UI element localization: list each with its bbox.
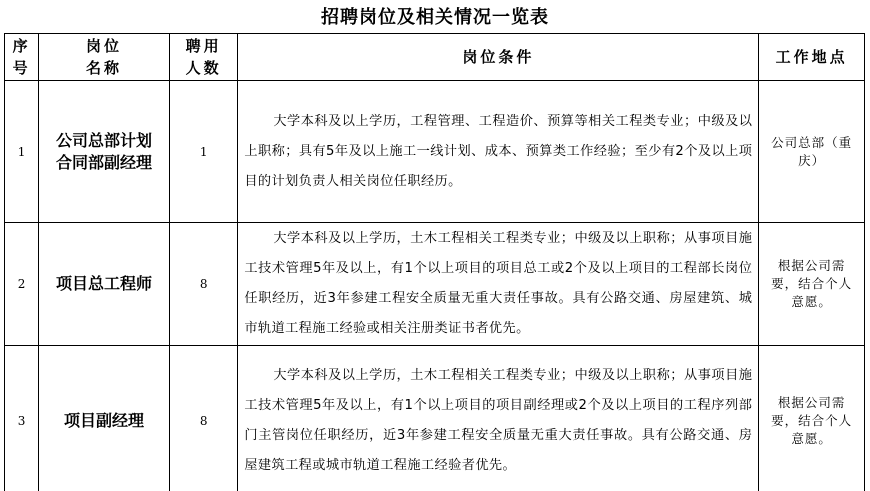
header-headcount: 聘用 人数 [169, 34, 237, 81]
header-position-line1: 岗位 [39, 35, 169, 57]
table-row: 3 项目副经理 8 大学本科及以上学历，土木工程相关工程类专业；中级及以上职称；… [5, 346, 865, 491]
position-name-line2: 合同部副经理 [49, 152, 159, 174]
table-header-row: 序 号 岗位 名称 聘用 人数 岗位条件 工作地点 [5, 34, 865, 81]
row-requirements: 大学本科及以上学历，工程管理、工程造价、预算等相关工程类专业；中级及以上职称；具… [238, 81, 759, 223]
row-position-name: 项目总工程师 [39, 223, 170, 346]
row-location: 公司总部（重庆） [759, 81, 865, 223]
row-location: 根据公司需要，结合个人意愿。 [759, 346, 865, 491]
header-requirements: 岗位条件 [238, 34, 759, 81]
row-serial-number: 2 [5, 223, 39, 346]
header-position-name: 岗位 名称 [39, 34, 170, 81]
row-serial-number: 3 [5, 346, 39, 491]
row-position-name: 项目副经理 [39, 346, 170, 491]
row-requirements: 大学本科及以上学历，土木工程相关工程类专业；中级及以上职称；从事项目施工技术管理… [238, 223, 759, 346]
row-requirements: 大学本科及以上学历，土木工程相关工程类专业；中级及以上职称；从事项目施工技术管理… [238, 346, 759, 491]
recruitment-table: 序 号 岗位 名称 聘用 人数 岗位条件 工作地点 1 公司总部计划 合同部副经… [4, 33, 865, 491]
header-headcount-line2: 人数 [170, 57, 237, 79]
requirements-text: 大学本科及以上学历，工程管理、工程造价、预算等相关工程类专业；中级及以上职称；具… [244, 107, 752, 197]
position-name-line1: 公司总部计划 [49, 130, 159, 152]
requirements-text: 大学本科及以上学历，土木工程相关工程类专业；中级及以上职称；从事项目施工技术管理… [244, 224, 752, 344]
row-headcount: 8 [169, 223, 237, 346]
row-position-name: 公司总部计划 合同部副经理 [39, 81, 170, 223]
table-row: 1 公司总部计划 合同部副经理 1 大学本科及以上学历，工程管理、工程造价、预算… [5, 81, 865, 223]
header-serial-line1: 序 [5, 35, 38, 57]
requirements-text: 大学本科及以上学历，土木工程相关工程类专业；中级及以上职称；从事项目施工技术管理… [244, 361, 752, 481]
row-headcount: 8 [169, 346, 237, 491]
row-headcount: 1 [169, 81, 237, 223]
header-position-line2: 名称 [39, 57, 169, 79]
header-serial-number: 序 号 [5, 34, 39, 81]
header-location: 工作地点 [759, 34, 865, 81]
header-headcount-line1: 聘用 [170, 35, 237, 57]
row-location: 根据公司需要，结合个人意愿。 [759, 223, 865, 346]
row-serial-number: 1 [5, 81, 39, 223]
header-serial-line2: 号 [5, 57, 38, 79]
table-row: 2 项目总工程师 8 大学本科及以上学历，土木工程相关工程类专业；中级及以上职称… [5, 223, 865, 346]
document-title: 招聘岗位及相关情况一览表 [0, 3, 870, 29]
